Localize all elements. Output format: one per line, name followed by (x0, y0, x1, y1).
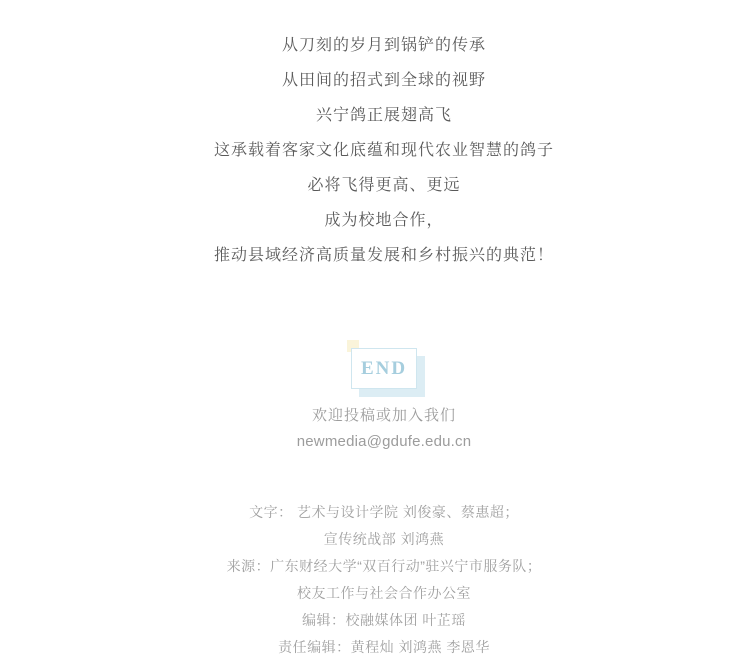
credit-line-chief-editor: 责任编辑：黄程灿 刘鸿燕 李恩华 (13, 634, 742, 661)
poem-line: 这承载着客家文化底蕴和现代农业智慧的鸽子 (13, 133, 742, 168)
credit-line-source: 来源：广东财经大学“双百行动”驻兴宁市服务队； (13, 553, 742, 580)
poem-line: 从刀刻的岁月到锅铲的传承 (13, 28, 742, 63)
contact-block: 欢迎投稿或加入我们 newmedia@gdufe.edu.cn (13, 403, 742, 455)
contact-email-text: newmedia@gdufe.edu.cn (13, 429, 742, 455)
end-badge-row: END (13, 348, 742, 395)
poem-line: 推动县域经济高质量发展和乡村振兴的典范！ (13, 238, 742, 273)
credit-line-source-office: 校友工作与社会合作办公室 (13, 580, 742, 607)
closing-poem: 从刀刻的岁月到锅铲的传承 从田间的招式到全球的视野 兴宁鸽正展翅高飞 这承载着客… (13, 0, 742, 273)
poem-line: 兴宁鸽正展翅高飞 (13, 98, 742, 133)
end-badge-box: END (351, 348, 417, 389)
poem-line: 从田间的招式到全球的视野 (13, 63, 742, 98)
article-ending-section: 从刀刻的岁月到锅铲的传承 从田间的招式到全球的视野 兴宁鸽正展翅高飞 这承载着客… (13, 0, 742, 661)
poem-line: 必将飞得更高、更远 (13, 168, 742, 203)
contact-invite-text: 欢迎投稿或加入我们 (13, 403, 742, 429)
poem-line: 成为校地合作， (13, 203, 742, 238)
credit-line-editor: 编辑：校融媒体团 叶芷瑶 (13, 607, 742, 634)
credit-line-authors: 文字： 艺术与设计学院 刘俊豪、蔡惠超； (13, 499, 742, 526)
credit-line-authors-dept: 宣传统战部 刘鸿燕 (13, 526, 742, 553)
end-badge: END (351, 348, 417, 389)
end-badge-label: END (361, 358, 407, 380)
credits-block: 文字： 艺术与设计学院 刘俊豪、蔡惠超； 宣传统战部 刘鸿燕 来源：广东财经大学… (13, 499, 742, 661)
